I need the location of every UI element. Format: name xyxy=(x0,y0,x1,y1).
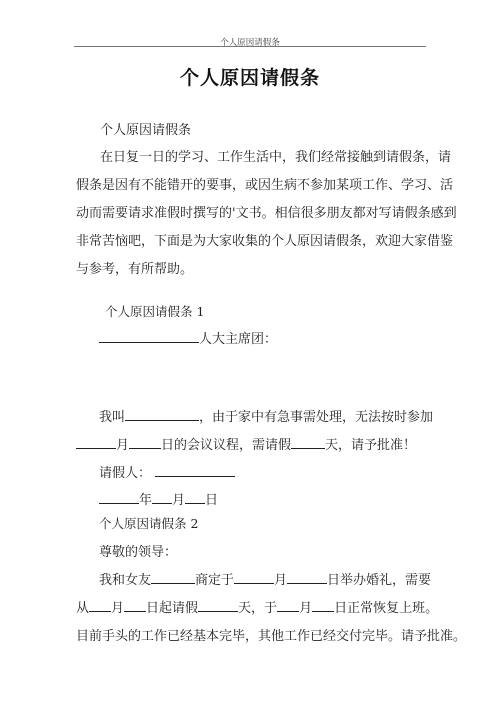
month-blank[interactable] xyxy=(76,436,116,449)
section1-addressee: 人大主席团： xyxy=(99,328,277,347)
section1-signer: 请假人： xyxy=(99,462,235,481)
start-day-blank[interactable] xyxy=(124,599,146,612)
name-blank[interactable] xyxy=(125,408,199,421)
section1-body-line-1: 我叫，由于家中有急事需处理，无法按时参加 xyxy=(99,406,433,425)
intro-line-5: 与参考，有所帮助。 xyxy=(76,258,193,277)
section1-heading: 个人原因请假条 1 xyxy=(105,302,204,320)
return-month-blank[interactable] xyxy=(277,599,299,612)
document-title: 个人原因请假条 xyxy=(0,63,500,90)
section2-line-3: 目前手头的工作已经基本完毕，其他工作已经交付完毕。请予批准。 xyxy=(76,625,466,644)
addressee-blank[interactable] xyxy=(99,330,199,343)
signer-blank[interactable] xyxy=(155,464,235,477)
section2-line-1: 我和女友商定于月日举办婚礼，需要 xyxy=(99,569,431,588)
return-day-blank[interactable] xyxy=(312,599,334,612)
intro-line-3: 动而需要请求准假时撰写的'文书。相信很多朋友都对写请假条感到 xyxy=(76,202,457,221)
date-day-blank[interactable] xyxy=(185,491,205,504)
document-page: 个人原因请假条 个人原因请假条 个人原因请假条 在日复一日的学习、工作生活中，我… xyxy=(0,0,500,708)
start-month-blank[interactable] xyxy=(89,599,111,612)
year-blank[interactable] xyxy=(99,491,139,504)
section2-heading: 个人原因请假条 2 xyxy=(99,514,198,532)
intro-line-4: 非常苦恼吧，下面是为大家收集的个人原因请假条，欢迎大家借鉴 xyxy=(76,230,453,249)
wedding-month-blank[interactable] xyxy=(234,571,274,584)
section1-date: 年月日 xyxy=(99,489,218,508)
leave-days-blank[interactable] xyxy=(291,436,325,449)
day-blank[interactable] xyxy=(129,436,161,449)
section1-body-line-2: 月日的会议议程，需请假天，请予批准！ xyxy=(76,434,416,453)
header-divider xyxy=(74,46,426,47)
intro-heading: 个人原因请假条 xyxy=(100,119,191,138)
section2-line-2: 从月日起请假天，于月日正常恢复上班。 xyxy=(76,597,438,616)
partner-blank[interactable] xyxy=(151,571,195,584)
date-month-blank[interactable] xyxy=(152,491,172,504)
leave-days-blank-2[interactable] xyxy=(198,599,238,612)
wedding-day-blank[interactable] xyxy=(287,571,327,584)
section2-salutation: 尊敬的领导： xyxy=(99,541,177,560)
intro-line-2: 假条是因有不能错开的要事，或因生病不参加某项工作、学习、活 xyxy=(76,174,453,193)
intro-line-1: 在日复一日的学习、工作生活中，我们经常接触到请假条，请 xyxy=(100,146,451,165)
